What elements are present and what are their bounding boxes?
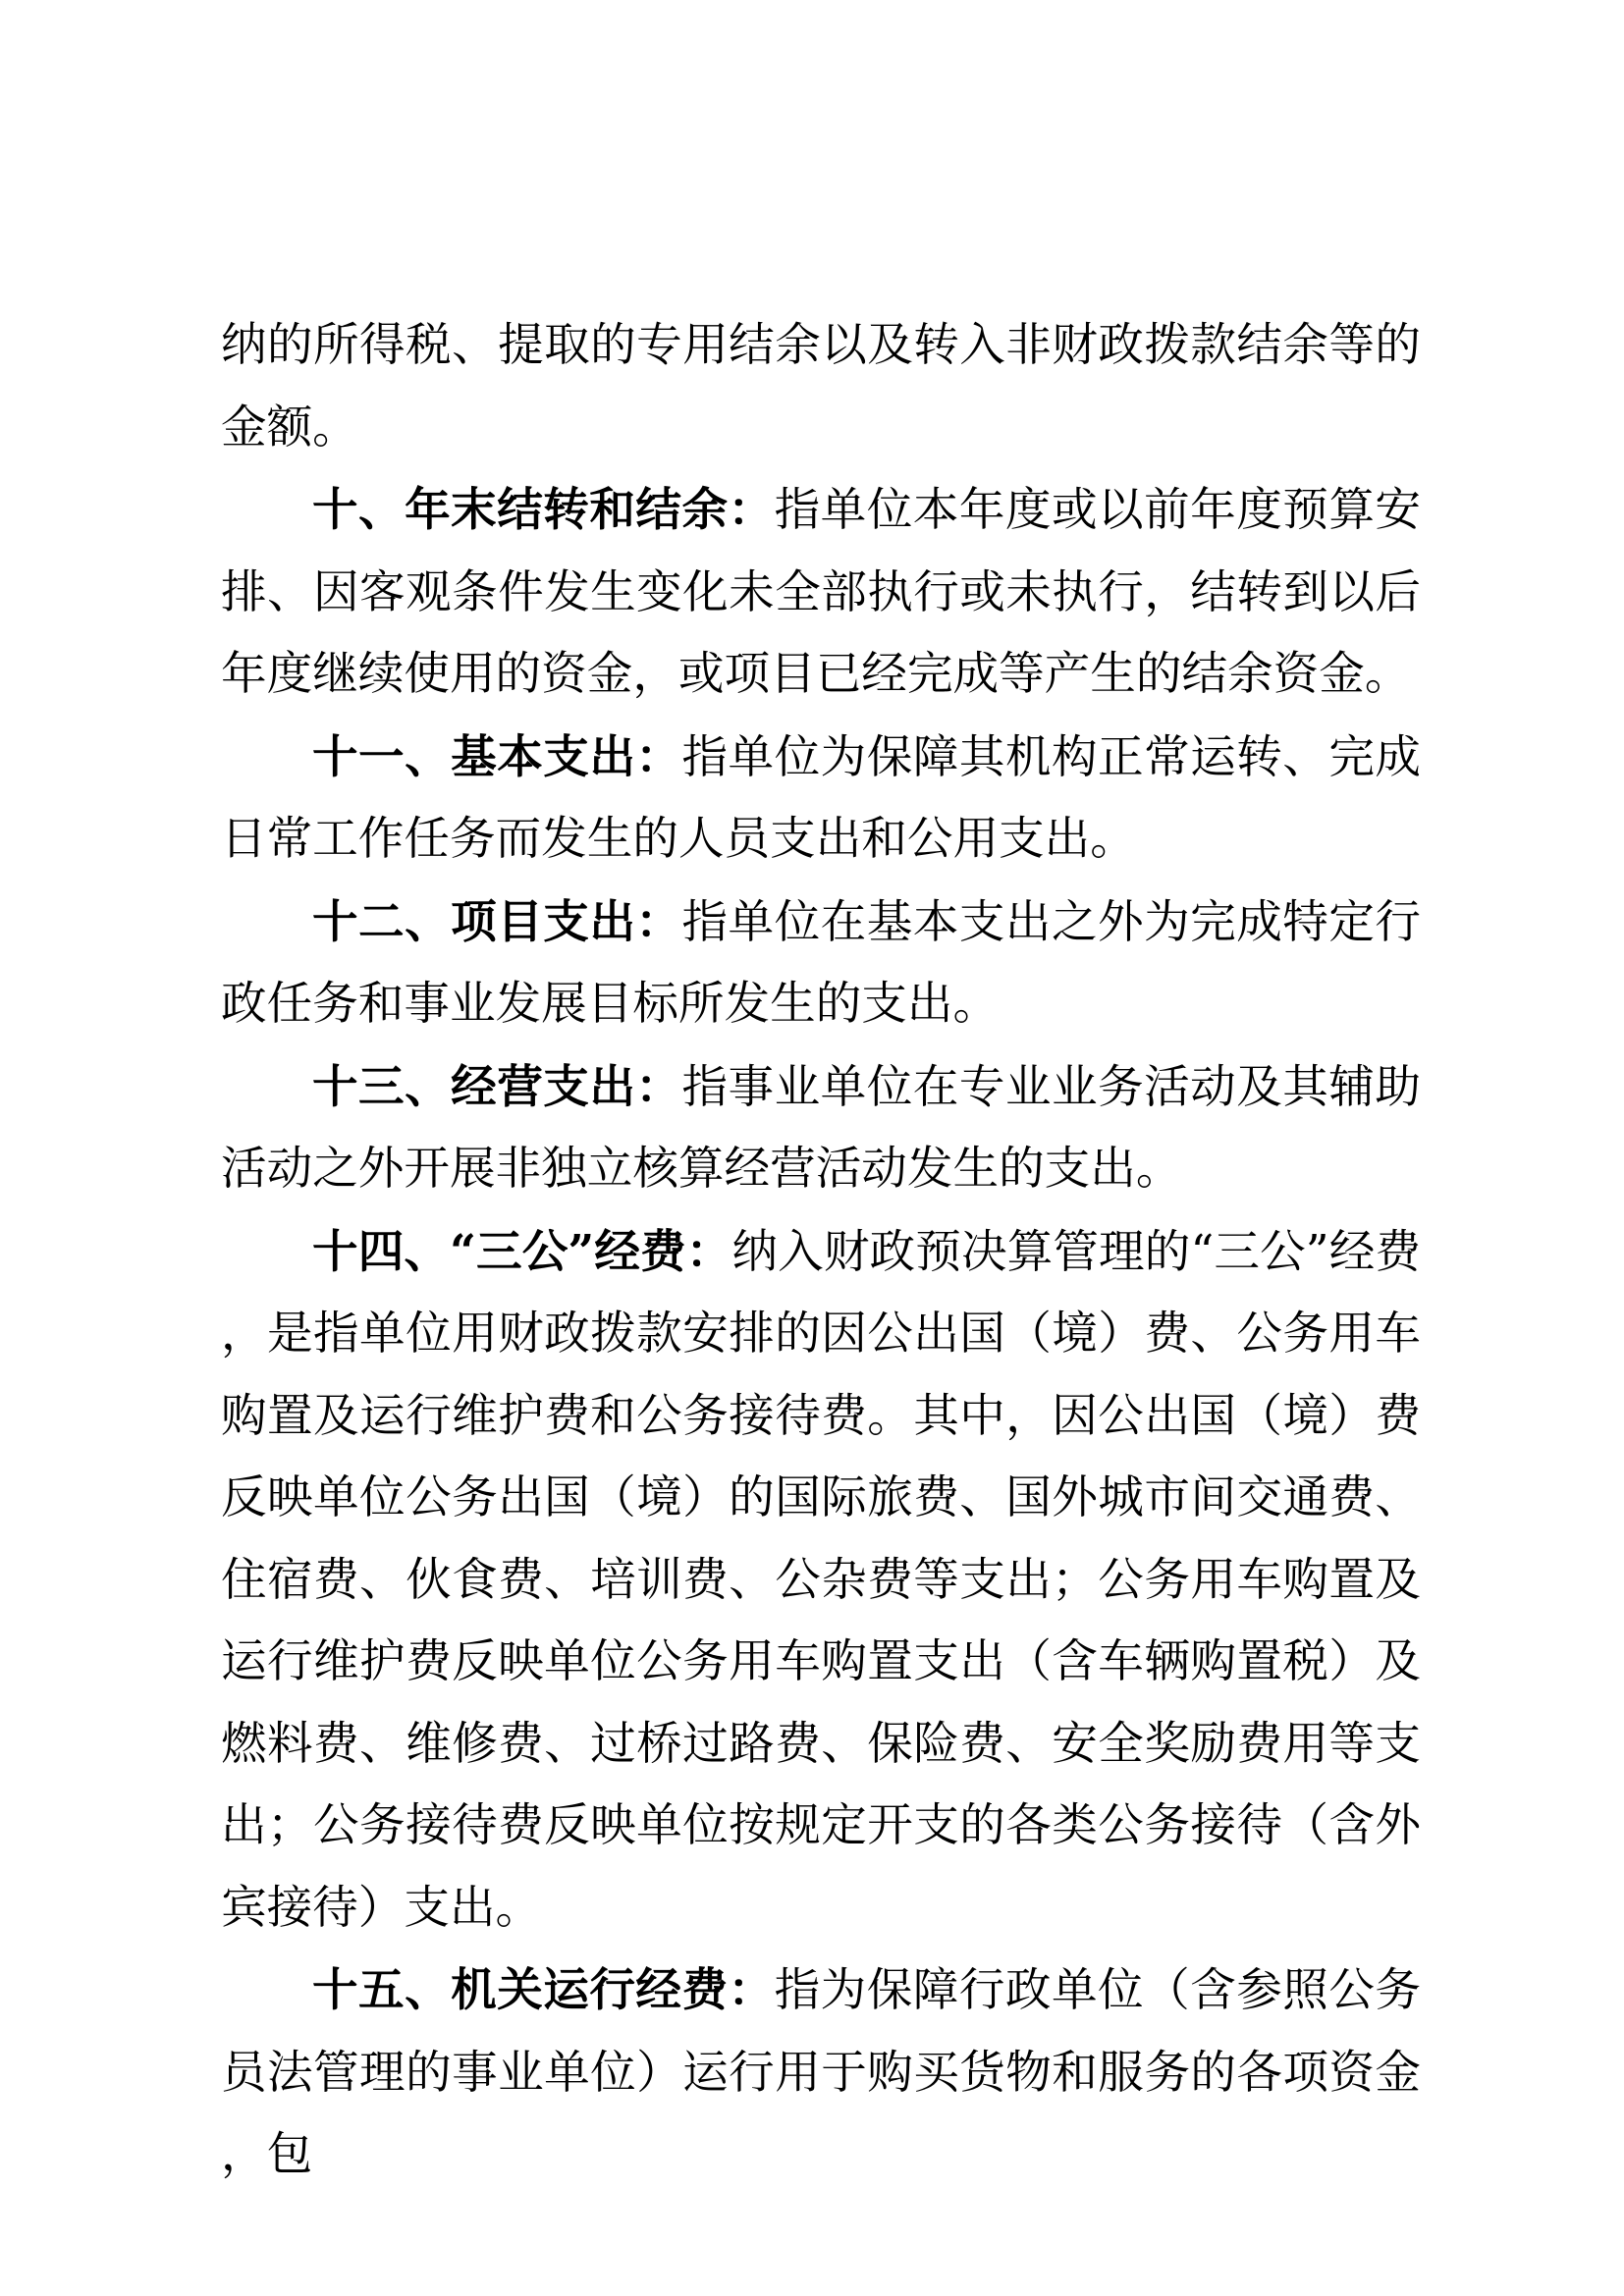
term-heading: 十、年末结转和结余： xyxy=(312,482,775,536)
term-heading: 十三、经营支出： xyxy=(312,1059,682,1113)
term-heading: 十二、项目支出： xyxy=(312,894,682,948)
paragraph-body: 纳入财政预决算管理的“三公”经费，是指单位用财政拨款安排的因公出国（境）费、公务… xyxy=(221,1225,1421,1934)
document-page: 纳的所得税、提取的专用结余以及转入非财政拨款结余等的金额。 十、年末结转和结余：… xyxy=(221,304,1421,2196)
term-heading: 十四、“三公”经费： xyxy=(312,1224,731,1278)
paragraph-item-10: 十、年末结转和结余：指单位本年度或以前年度预算安排、因客观条件发生变化未全部执行… xyxy=(221,468,1421,716)
paragraph-item-14: 十四、“三公”经费：纳入财政预决算管理的“三公”经费，是指单位用财政拨款安排的因… xyxy=(221,1210,1421,1949)
paragraph-continuation: 纳的所得税、提取的专用结余以及转入非财政拨款结余等的金额。 xyxy=(221,304,1421,468)
paragraph-item-12: 十二、项目支出：指单位在基本支出之外为完成特定行政任务和事业发展目标所发生的支出… xyxy=(221,881,1421,1045)
paragraph-item-11: 十一、基本支出：指单位为保障其机构正常运转、完成日常工作任务而发生的人员支出和公… xyxy=(221,716,1421,881)
paragraph-item-13: 十三、经营支出：指事业单位在专业业务活动及其辅助活动之外开展非独立核算经营活动发… xyxy=(221,1045,1421,1210)
paragraph-body: 纳的所得税、提取的专用结余以及转入非财政拨款结余等的金额。 xyxy=(221,318,1421,454)
term-heading: 十五、机关运行经费： xyxy=(312,1962,775,2016)
paragraph-item-15: 十五、机关运行经费：指为保障行政单位（含参照公务员法管理的事业单位）运行用于购买… xyxy=(221,1949,1421,2196)
term-heading: 十一、基本支出： xyxy=(312,729,682,783)
